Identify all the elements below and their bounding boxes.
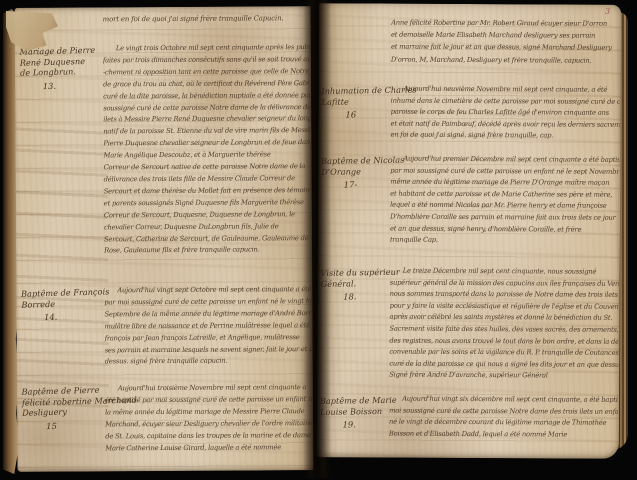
text-line: Boisson et d'Elisabeth Dadd, lequel a ét… [389,428,618,441]
text-line: et parents soussignés Signé Duquesne fil… [104,197,311,210]
margin-lines: Baptême de MarieLouise Boisson [320,395,386,417]
text-line: Rose, Gauleaume fils et frère tranquille… [104,245,311,258]
carryover-line: mort en foi de quoi j'ai signé frère tra… [103,14,284,23]
margin-lines: Visite du supérieurGénéral. [320,267,386,289]
text-line: et marraine fait le jour et an que dessu… [391,41,620,54]
entry-number: 19. [320,419,378,431]
margin-lines: Inhumation de CharlesLafitte [321,85,387,107]
entry-margin-note: Inhumation de CharlesLafitte 16 [321,85,388,121]
text-line: Borrede [21,297,105,310]
entry-body: Le treize Décembre mil sept cent cinquan… [389,266,619,383]
text-line: D'Orange [321,165,387,177]
margin-lines: Baptême de FrançoisBorrede [21,286,106,309]
text-line: en foi de quoi j'ai signé. signé frère t… [390,130,619,143]
entry-body: Le vingt trois Octobre mil sept cent cin… [103,42,311,258]
entry-body: Aujourd'hui vingt sept Octobre mil sept … [104,284,312,369]
text-line: né le vingt de décembre courant du légit… [389,417,618,430]
text-line: Baptême de Marie [320,395,386,407]
entry-body: Aujourd'hui neuvième Novembre mil sept c… [390,84,619,143]
register-entry: Baptême de Pierrefélicité robertine Marc… [17,382,313,384]
entry-body: Aujourd'hui troisième Novembre mil sept … [105,382,312,455]
register-entry: Baptême de FrançoisBorrede 14. Aujourd'h… [16,284,312,286]
text-line: Aujourd'hui neuvième Novembre mil sept c… [391,84,620,97]
text-line: Général. [321,277,387,289]
text-line: Lafitte [322,95,388,107]
text-line: la même année du légitime mariage de Mes… [105,406,312,419]
entry-number: 14. [22,311,80,323]
text-line: ses parrain et marraine lesquels ne save… [105,344,312,357]
entry-number: 15 [22,420,80,432]
text-line: Marie Catherine Louise Girard, laquelle … [105,442,312,455]
text-line: même année du légitime mariage de Pierre… [390,177,619,190]
text-line: -chement ni opposition tant en cette par… [103,66,310,79]
text-line: Desliguery [22,406,106,419]
text-line: Aujourd'hui premier Décembre mil sept ce… [390,154,619,167]
entry-margin-note: Baptême de MarieLouise Boisson 19. [320,395,387,431]
text-line: Baptême de François [21,286,105,299]
text-line: D'homblière Coraille ses parrain et marr… [390,212,619,225]
text-line: dessus. signé frère tranquille capucin. [105,356,312,369]
entry-number: 16 [322,109,380,121]
text-line: Baptême de Nicolas [321,155,387,167]
text-line: et demoiselle Marie Elisabeth Marchand d… [391,29,620,42]
entry-margin-note: Baptême de NicolasD'Orange 17- [321,155,388,191]
left-page: mort en foi de quoi j'ai signé frère tra… [15,6,314,472]
text-line: Louise Boisson [320,405,386,417]
register-entry: Inhumation de CharlesLafitte 16 Aujourd'… [319,83,621,85]
text-line: nous sommes transporté dans la paroisse … [390,289,619,302]
entry-margin-note: Baptême de Pierrefélicité robertine Marc… [21,384,106,432]
text-line: Inhumation de Charles [321,85,387,97]
text-line: françois par Jean françois Latreille, et… [105,332,312,345]
entry-number: 18. [321,291,379,303]
entry-margin-note: Visite du supérieurGénéral. 18. [320,267,387,303]
carryover-paragraph: Anne félicité Robertine par Mr. Robert G… [391,17,620,67]
entry-body: Aujourd'hui vingt six décembre mil sept … [389,394,618,442]
text-line: Le treize Décembre mil sept cent cinquan… [390,266,619,279]
text-line: de St. Louis, capitaine dans les troupes… [105,430,312,443]
text-line: Sercourt, Catherine de Sercourt, de Gaul… [104,233,311,246]
text-line: curé de la dite paroisse, la bénédiction… [103,90,310,103]
entry-margin-note: Baptême de FrançoisBorrede 14. [21,286,106,323]
text-line: Septembre de la même année du légitime m… [104,308,311,321]
text-line: convenable par les soins et la vigilance… [389,347,618,360]
text-line: été baptisé par moi soussigné curé de ce… [105,394,312,407]
entry-body: Aujourd'hui premier Décembre mil sept ce… [390,154,619,248]
text-line: Sacrement visite faite des stes huiles, … [389,324,618,337]
margin-lines: Baptême de Pierrefélicité robertine Marc… [21,384,106,418]
text-line: Anne félicité Robertine par Mr. Robert G… [391,17,620,30]
margin-lines: Baptême de NicolasD'Orange [321,155,387,177]
text-line: Marchand, écuyer sieur Desliguery cheval… [105,418,312,431]
register-entry: Visite du supérieurGénéral. 18. Le treiz… [318,265,620,267]
register-entry: Baptême de NicolasD'Orange 17- Aujourd'h… [318,153,620,155]
text-line: mulâtre libre de naissance et de Perrine… [105,320,312,333]
entry-number: 17- [321,179,379,191]
text-line: Correur de Sercourt, Duquesne, Duquesne … [104,209,311,222]
text-line: faites par trois dimanches consécutifs s… [103,54,310,67]
register-photo: mort en foi de quoi j'ai signé frère tra… [0,0,637,480]
text-line: délivrance des trois ilets fille de Mess… [104,173,311,186]
text-line: Sercourt et dame thérèse du Mollet fait … [104,185,311,198]
text-line: Pierre Duquesne chevalier seigneur de Lo… [103,137,310,150]
entry-margin-note: Mariage de PierreRené Duquesnede Longbru… [19,44,104,92]
right-page: 3 Anne félicité Robertine par Mr. Robert… [317,3,621,459]
text-line: paroisse le corps de feu Charles Lafitte… [391,107,620,120]
text-line: Signé frère André D'avranche, supérieur … [389,370,618,383]
text-line: Aujourd'hui vingt six décembre mil sept … [389,394,618,407]
showthrough-margin [15,117,109,408]
text-line: par moi soussigné curé de cette paroisse… [104,296,311,309]
text-line: tranquille Cap. [390,235,619,248]
register-entry: Baptême de MarieLouise Boisson 19. Aujou… [317,393,619,395]
text-line: D'orron, M, Marchand, Desliguery et frèr… [391,53,620,66]
text-line: de grace du trou au chat, où le certific… [103,78,310,91]
text-line: Visite du supérieur [320,267,386,279]
text-line: de Longbrun. [20,66,104,79]
entry-number: 13. [20,80,78,92]
folio-number: 3 [605,7,610,16]
margin-lines: Mariage de PierreRené Duquesnede Longbru… [19,44,104,78]
register-entry: Mariage de PierreRené Duquesnede Longbru… [15,42,311,44]
